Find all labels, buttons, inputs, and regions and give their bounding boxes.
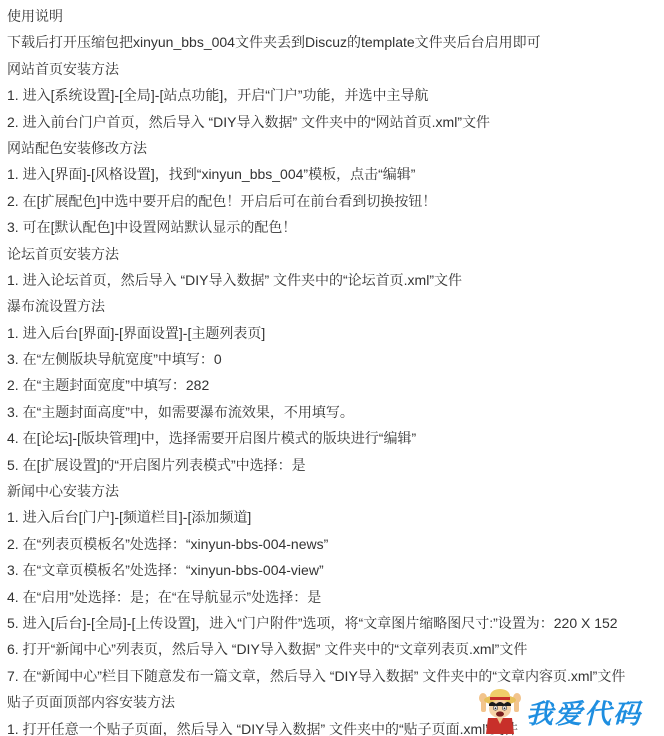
news-step-5: 5. 进入[后台]-[全局]-[上传设置]，进入“门户附件”选项，将“文章图片缩…	[7, 610, 664, 636]
site-home-step-2: 2. 进入前台门户首页，然后导入 “DIY导入数据” 文件夹中的“网站首页.xm…	[7, 109, 664, 135]
color-scheme-step-2: 2. 在[扩展配色]中选中要开启的配色！开启后可在前台看到切换按钮！	[7, 188, 664, 214]
news-step-7: 7. 在“新闻中心”栏目下随意发布一篇文章，然后导入 “DIY导入数据” 文件夹…	[7, 663, 664, 689]
news-step-1: 1. 进入后台[门户]-[频道栏目]-[添加频道]	[7, 504, 664, 530]
site-home-step-1: 1. 进入[系统设置]-[全局]-[站点功能]，开启“门户”功能，并选中主导航	[7, 82, 664, 108]
waterfall-step-6: 5. 在[扩展设置]的“开启图片列表模式”中选择：是	[7, 452, 664, 478]
color-scheme-step-1: 1. 进入[界面]-[风格设置]，找到“xinyun_bbs_004”模板，点击…	[7, 161, 664, 187]
section-heading-news-center: 新闻中心安装方法	[7, 478, 664, 504]
news-step-6: 6. 打开“新闻中心”列表页，然后导入 “DIY导入数据” 文件夹中的“文章列表…	[7, 636, 664, 662]
forum-home-step-1: 1. 进入论坛首页，然后导入 “DIY导入数据” 文件夹中的“论坛首页.xml”…	[7, 267, 664, 293]
watermark-text: 我爱代码	[526, 692, 642, 731]
section-heading-forum-home: 论坛首页安装方法	[7, 241, 664, 267]
waterfall-step-3: 2. 在“主题封面宽度”中填写：282	[7, 372, 664, 398]
cartoon-character-icon	[478, 688, 522, 736]
color-scheme-step-3: 3. 可在[默认配色]中设置网站默认显示的配色！	[7, 214, 664, 240]
watermark: 我爱代码	[478, 688, 664, 736]
section-heading-site-home: 网站首页安装方法	[7, 56, 664, 82]
waterfall-step-5: 4. 在[论坛]-[版块管理]中，选择需要开启图片模式的版块进行“编辑”	[7, 425, 664, 451]
instructions-document: 使用说明 下载后打开压缩包把xinyun_bbs_004文件夹丢到Discuz的…	[7, 3, 664, 736]
section-heading-waterfall: 瀑布流设置方法	[7, 293, 664, 319]
section-heading-usage: 使用说明	[7, 3, 664, 29]
waterfall-step-2: 3. 在“左侧版块导航宽度”中填写：0	[7, 346, 664, 372]
waterfall-step-4: 3. 在“主题封面高度”中，如需要瀑布流效果，不用填写。	[7, 399, 664, 425]
news-step-3: 3. 在“文章页模板名”处选择：“xinyun-bbs-004-view”	[7, 557, 664, 583]
section-heading-color-scheme: 网站配色安装修改方法	[7, 135, 664, 161]
usage-text: 下载后打开压缩包把xinyun_bbs_004文件夹丢到Discuz的templ…	[7, 29, 664, 55]
news-step-4: 4. 在“启用”处选择：是；在“在导航显示”处选择：是	[7, 584, 664, 610]
news-step-2: 2. 在“列表页模板名”处选择：“xinyun-bbs-004-news”	[7, 531, 664, 557]
waterfall-step-1: 1. 进入后台[界面]-[界面设置]-[主题列表页]	[7, 320, 664, 346]
